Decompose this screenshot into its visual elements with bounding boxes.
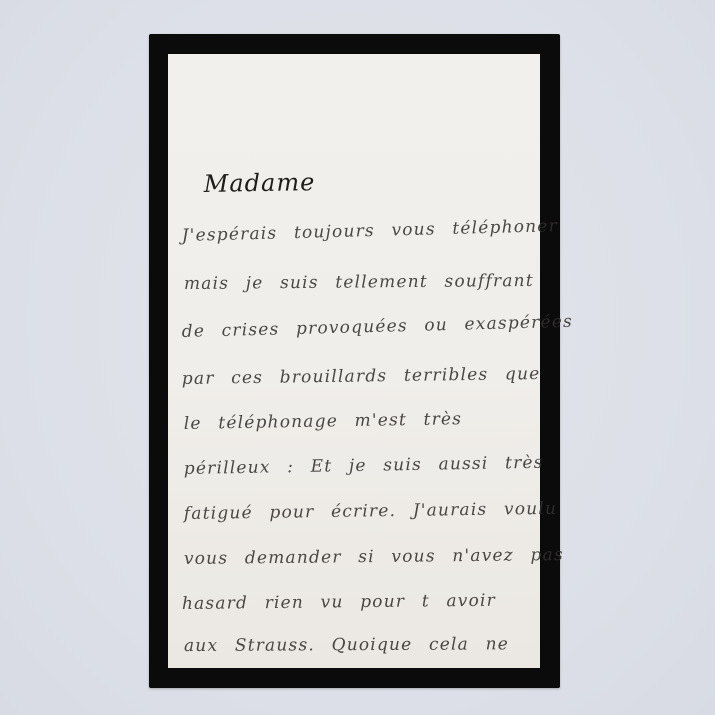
- letter-line-2: mais je suis tellement souffrant: [184, 271, 534, 294]
- letter-line-1: J'espérais toujours vous téléphoner: [181, 216, 558, 246]
- letter-line-4: par ces brouillards terribles que: [182, 364, 541, 389]
- photo-backdrop: Madame J'espérais toujours vous téléphon…: [0, 0, 715, 715]
- letter-line-6: périlleux : Et je suis aussi très: [184, 453, 544, 479]
- letter-line-8: vous demander si vous n'avez pas: [184, 545, 564, 569]
- letter-line-9: hasard rien vu pour t avoir: [182, 591, 496, 614]
- letter-line-5: le téléphonage m'est très: [184, 409, 463, 434]
- letter-line-3: de crises provoquées ou exaspérées: [181, 312, 573, 342]
- mourning-border-card: Madame J'espérais toujours vous téléphon…: [149, 34, 560, 688]
- letter-line-7: fatigué pour écrire. J'aurais voulu: [184, 499, 558, 524]
- letter-line-10: aux Strauss. Quoique cela ne: [184, 634, 509, 656]
- letter-salutation: Madame: [204, 168, 316, 198]
- letter-paper: Madame J'espérais toujours vous téléphon…: [168, 54, 540, 668]
